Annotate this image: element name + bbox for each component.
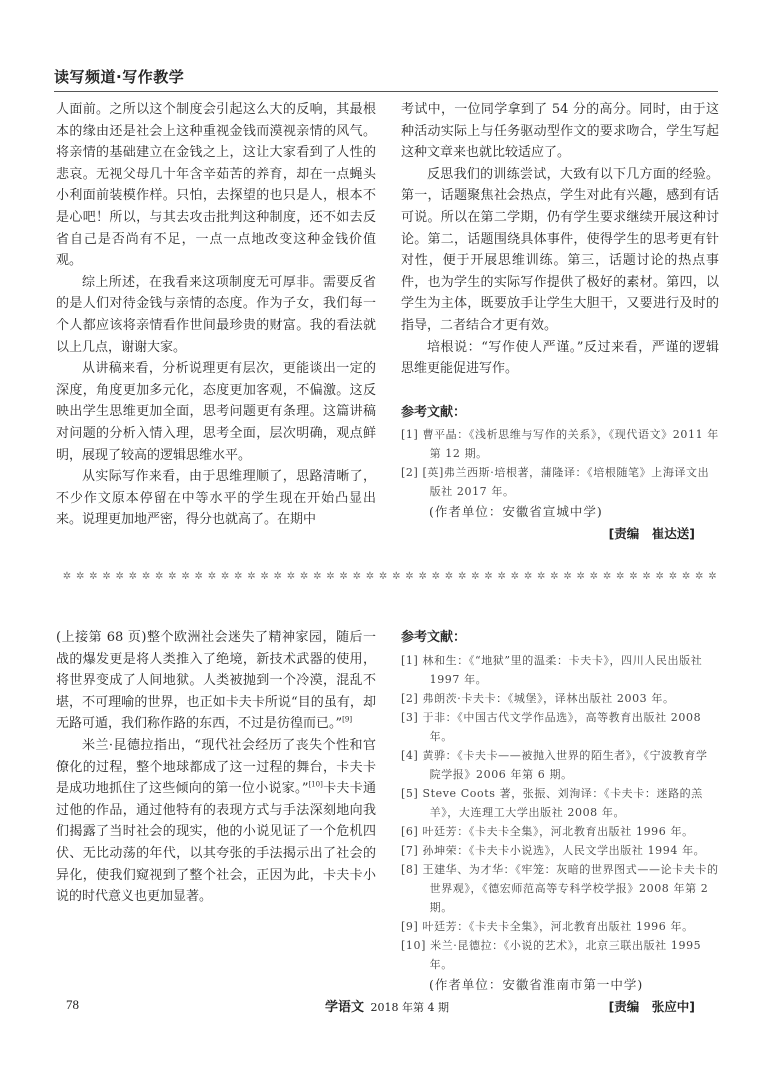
divider-flower-icon: ✲ [694,570,704,584]
journal-name: 学语文 [325,1000,364,1015]
divider-flower-icon: ✲ [642,570,652,584]
article1-column-right: 考试中，一位同学拿到了 54 分的高分。同时，由于这种活动实际上与任务驱动型作文… [401,99,719,545]
section-title: 读写频道·写作教学 [54,66,718,87]
divider-flower-icon: ✲ [128,570,138,584]
divider-flower-icon: ✲ [484,570,494,584]
divider-flower-icon: ✲ [233,570,243,584]
article2-column-right: 参考文献： [1] 林和生：《“地狱”里的温柔：卡夫卡》，四川人民出版社 199… [401,627,719,1018]
page-number: 78 [66,997,79,1013]
divider-flower-icon: ✲ [194,570,204,584]
reference-item: [10] 米兰·昆德拉：《小说的艺术》，北京三联出版社 1995 年。 [401,936,719,974]
page-header: 读写频道·写作教学 [54,66,718,87]
divider-flower-icon: ✲ [115,570,125,584]
divider-flower-icon: ✲ [655,570,665,584]
divider-flower-icon: ✲ [523,570,533,584]
divider-flower-icon: ✲ [628,570,638,584]
divider-flower-icon: ✲ [510,570,520,584]
reference-item: [1] 曹平晶：《浅析思维与写作的关系》，《现代语文》2011 年第 12 期。 [401,425,719,463]
section-divider: ✲✲✲✲✲✲✲✲✲✲✲✲✲✲✲✲✲✲✲✲✲✲✲✲✲✲✲✲✲✲✲✲✲✲✲✲✲✲✲✲… [62,570,718,584]
divider-flower-icon: ✲ [141,570,151,584]
paragraph: 考试中，一位同学拿到了 54 分的高分。同时，由于这种活动实际上与任务驱动型作文… [401,99,719,164]
paragraph: 人面前。之所以这个制度会引起这么大的反响，其最根本的缘由还是社会上这种重视金钱而… [56,99,376,272]
divider-flower-icon: ✲ [536,570,546,584]
divider-flower-icon: ✲ [207,570,217,584]
divider-flower-icon: ✲ [444,570,454,584]
divider-flower-icon: ✲ [681,570,691,584]
divider-flower-icon: ✲ [497,570,507,584]
divider-flower-icon: ✲ [563,570,573,584]
divider-flower-icon: ✲ [88,570,98,584]
paragraph: 综上所述，在我看来这项制度无可厚非。需要反省的是人们对待金钱与亲情的态度。作为子… [56,272,376,358]
reference-item: [2] [英]弗兰西斯·培根著，蒲隆译：《培根随笔》上海译文出版社 2017 年… [401,463,719,501]
paragraph: (上接第 68 页)整个欧洲社会迷失了精神家园，随后一战的爆发更是将人类推入了绝… [56,627,376,735]
editor-credit: [责编 崔达送] [401,523,719,545]
divider-flower-icon: ✲ [339,570,349,584]
journal-info: 学语文 2018 年第 4 期 [270,996,504,1015]
reference-item: [1] 林和生：《“地狱”里的温柔：卡夫卡》，四川人民出版社 1997 年。 [401,651,719,689]
divider-flower-icon: ✲ [457,570,467,584]
divider-flower-icon: ✲ [391,570,401,584]
paragraph: 培根说：“写作使人严谨。”反过来看，严谨的逻辑思维更能促进写作。 [401,337,719,380]
divider-flower-icon: ✲ [181,570,191,584]
divider-flower-icon: ✲ [273,570,283,584]
divider-flower-icon: ✲ [576,570,586,584]
divider-flower-icon: ✲ [431,570,441,584]
article1-column-left: 人面前。之所以这个制度会引起这么大的反响，其最根本的缘由还是社会上这种重视金钱而… [56,99,376,531]
citation-marker: [10] [308,781,322,789]
reference-item: [7] 孙坤荣：《卡夫卡小说选》，人民文学出版社 1994 年。 [401,841,719,860]
references-heading: 参考文献： [401,627,719,649]
paragraph-text: 卡夫卡通过他的作品，通过他特有的表现方式与手法深刻地向我们揭露了当时社会的现实，… [56,781,376,904]
author-affiliation: (作者单位：安徽省淮南市第一中学) [401,974,719,996]
divider-flower-icon: ✲ [615,570,625,584]
divider-flower-icon: ✲ [365,570,375,584]
header-rule [54,91,718,92]
reference-item: [3] 于非：《中国古代文学作品选》，高等教育出版社 2008 年。 [401,708,719,746]
paragraph: 米兰·昆德拉指出，“现代社会经历了丧失个性和官僚化的过程，整个地球都成了这一过程… [56,735,376,908]
references-heading: 参考文献： [401,402,719,424]
divider-flower-icon: ✲ [75,570,85,584]
divider-flower-icon: ✲ [470,570,480,584]
paragraph: 从讲稿来看，分析说理更有层次，更能谈出一定的深度，角度更加多元化，态度更加客观，… [56,358,376,466]
divider-flower-icon: ✲ [312,570,322,584]
reference-item: [8] 王建华、为才华：《牢笼：灰暗的世界图式——论卡夫卡的世界观》，《德宏师范… [401,860,719,917]
divider-flower-icon: ✲ [707,570,717,584]
citation-marker: [9] [342,716,352,724]
reference-item: [5] Steve Coots 著，张振、刘洵译：《卡夫卡：迷路的羔羊》，大连理… [401,784,719,822]
divider-flower-icon: ✲ [418,570,428,584]
paragraph: 反思我们的训练尝试，大致有以下几方面的经验。第一，话题聚焦社会热点，学生对此有兴… [401,164,719,337]
divider-flower-icon: ✲ [668,570,678,584]
paragraph-text: (上接第 68 页)整个欧洲社会迷失了精神家园，随后一战的爆发更是将人类推入了绝… [56,630,376,731]
divider-flower-icon: ✲ [378,570,388,584]
divider-flower-icon: ✲ [602,570,612,584]
divider-flower-icon: ✲ [352,570,362,584]
journal-issue: 2018 年第 4 期 [371,1001,449,1014]
divider-flower-icon: ✲ [404,570,414,584]
divider-flower-icon: ✲ [102,570,112,584]
divider-flower-icon: ✲ [549,570,559,584]
article2-column-left: (上接第 68 页)整个欧洲社会迷失了精神家园，随后一战的爆发更是将人类推入了绝… [56,627,376,908]
divider-flower-icon: ✲ [589,570,599,584]
divider-flower-icon: ✲ [167,570,177,584]
divider-flower-icon: ✲ [260,570,270,584]
author-affiliation: (作者单位：安徽省宣城中学) [401,501,719,523]
divider-flower-icon: ✲ [62,570,72,584]
divider-flower-icon: ✲ [325,570,335,584]
reference-item: [4] 黄骅：《卡夫卡——被抛入世界的陌生者》，《宁波教育学院学报》2006 年… [401,746,719,784]
paragraph: 从实际写作来看，由于思维理顺了，思路清晰了，不少作文原本停留在中等水平的学生现在… [56,466,376,531]
reference-item: [9] 叶廷芳：《卡夫卡全集》，河北教育出版社 1996 年。 [401,917,719,936]
divider-flower-icon: ✲ [220,570,230,584]
divider-flower-icon: ✲ [154,570,164,584]
reference-item: [6] 叶廷芳：《卡夫卡全集》，河北教育出版社 1996 年。 [401,822,719,841]
divider-flower-icon: ✲ [246,570,256,584]
divider-flower-icon: ✲ [286,570,296,584]
reference-item: [2] 弗朗茨·卡夫卡：《城堡》，译林出版社 2003 年。 [401,689,719,708]
divider-flower-icon: ✲ [299,570,309,584]
